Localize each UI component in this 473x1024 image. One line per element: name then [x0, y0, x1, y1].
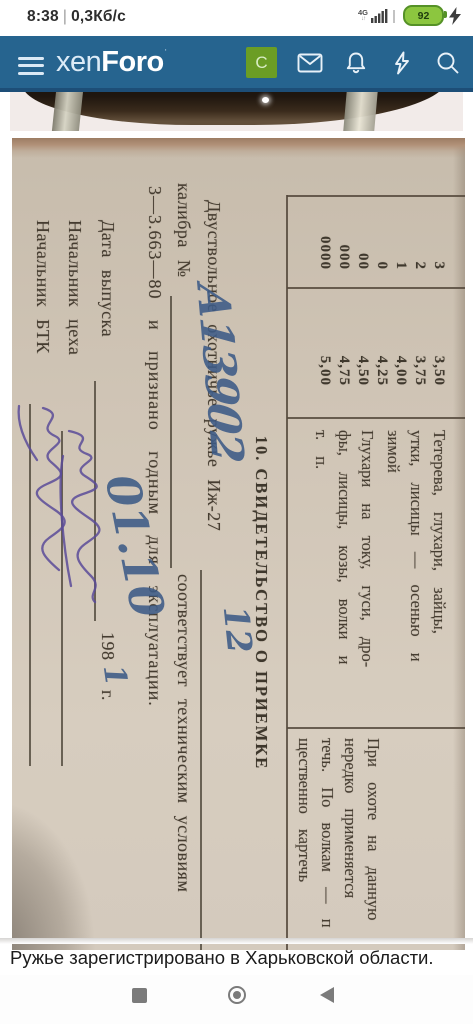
usage-text-line: нередко применяется	[340, 738, 360, 898]
shot-number-cell: 1	[392, 198, 409, 270]
game-text-line: Глухари на току, гуси, дро-	[357, 430, 377, 667]
table-border	[287, 417, 465, 419]
android-nav-bar	[0, 975, 473, 1024]
handwritten-serial-number: А13902	[186, 282, 253, 463]
table-border	[286, 195, 288, 950]
hamburger-menu-icon[interactable]	[18, 52, 44, 79]
status-bar: 8:38|0,3Кб/с 4G ↓↑ 92	[0, 0, 473, 36]
gun-barrel-shape	[22, 92, 448, 125]
gun-metal-ring-right	[343, 92, 378, 131]
signal-bars-icon	[371, 8, 388, 23]
shop-chief-label: Начальник цеха	[64, 220, 85, 355]
user-avatar[interactable]: C	[246, 47, 277, 78]
document-photo-attachment[interactable]: 3 2 1 0 00 000 0000 3,50 3,75 4,00 4,25 …	[12, 138, 465, 950]
diameter-cell: 3,75	[411, 290, 428, 386]
network-speed: 0,3Кб/с	[71, 8, 126, 25]
handwritten-caliber: 12	[215, 604, 260, 655]
recents-button[interactable]	[132, 988, 147, 1003]
game-text-line: фы, лисицы, козы, волки и	[334, 430, 354, 664]
year-prefix: 198	[97, 632, 118, 661]
shot-number-cell: 000	[335, 198, 352, 270]
certificate-line3: 3—3.663—80 и признано годным для эксплуа…	[144, 186, 165, 707]
acceptance-certificate-document: 3 2 1 0 00 000 0000 3,50 3,75 4,00 4,25 …	[12, 138, 465, 950]
home-button[interactable]	[228, 986, 246, 1004]
gun-photo-partial[interactable]	[10, 92, 463, 131]
diameter-cell: 3,50	[430, 290, 447, 386]
shot-number-cell: 3	[430, 198, 447, 270]
diameter-cell: 4,00	[392, 290, 409, 386]
date-label: Дата выпуска	[97, 220, 118, 337]
table-border	[287, 287, 465, 289]
diameter-cell: 5,00	[316, 290, 333, 386]
year-suffix: г.	[97, 690, 118, 701]
status-icons: 4G ↓↑ 92	[358, 5, 461, 26]
battery-indicator: 92	[403, 5, 444, 26]
usage-text-line: течь. По волкам — п	[317, 738, 337, 928]
messages-envelope-icon[interactable]	[297, 50, 323, 76]
xenforo-logo[interactable]: xenForo·	[56, 44, 167, 79]
status-time-speed: 8:38|0,3Кб/с	[27, 8, 126, 26]
charging-bolt-icon	[449, 7, 461, 25]
game-text-line: т. п.	[311, 430, 331, 469]
signal-bars-sim2-icon	[393, 8, 398, 23]
alerts-bell-icon[interactable]	[343, 50, 369, 76]
status-divider: |	[59, 8, 71, 25]
diameter-cell: 4,50	[354, 290, 371, 386]
shot-number-cell: 2	[411, 198, 428, 270]
specular-highlight	[262, 97, 269, 103]
game-text-line: зимой	[383, 430, 403, 473]
clock: 8:38	[27, 8, 59, 25]
back-button[interactable]	[320, 987, 334, 1003]
table-border	[287, 727, 465, 729]
shot-number-cell: 0	[373, 198, 390, 270]
post-caption-text: Ружье зарегистрировано в Харьковской обл…	[10, 947, 434, 969]
search-icon[interactable]	[435, 50, 461, 76]
trademark-dot: ·	[164, 44, 167, 56]
gun-metal-ring-left	[52, 92, 84, 131]
blank-line	[200, 570, 202, 950]
game-text-line: утки, лисицы — осенью и	[406, 430, 426, 662]
diameter-cell: 4,75	[335, 290, 352, 386]
certificate-line2-rest: соответствует техническим условиям	[173, 574, 194, 892]
data-arrows-icon: ↓↑	[361, 16, 365, 22]
photo-bottom-shadow	[0, 938, 473, 944]
game-text-line: Тетерева, глухари, зайцы,	[429, 430, 449, 634]
certificate-line2-label: калибра №	[173, 183, 194, 278]
app-header: xenForo· C	[0, 36, 473, 92]
blank-line	[170, 296, 172, 568]
qc-chief-label: Начальник БТК	[32, 220, 53, 354]
whats-new-bolt-icon[interactable]	[389, 50, 415, 76]
shot-number-cell: 0000	[316, 198, 333, 270]
usage-text-line: щественно картечь	[294, 738, 314, 882]
table-border	[287, 195, 465, 197]
signature-scribble-2	[15, 400, 77, 590]
diameter-cell: 4,25	[373, 290, 390, 386]
usage-text-line: При охоте на данную	[363, 738, 383, 921]
handwritten-year-digit: 1	[96, 663, 134, 689]
shot-number-cell: 00	[354, 198, 371, 270]
network-type-indicator: 4G ↓↑	[358, 9, 368, 23]
